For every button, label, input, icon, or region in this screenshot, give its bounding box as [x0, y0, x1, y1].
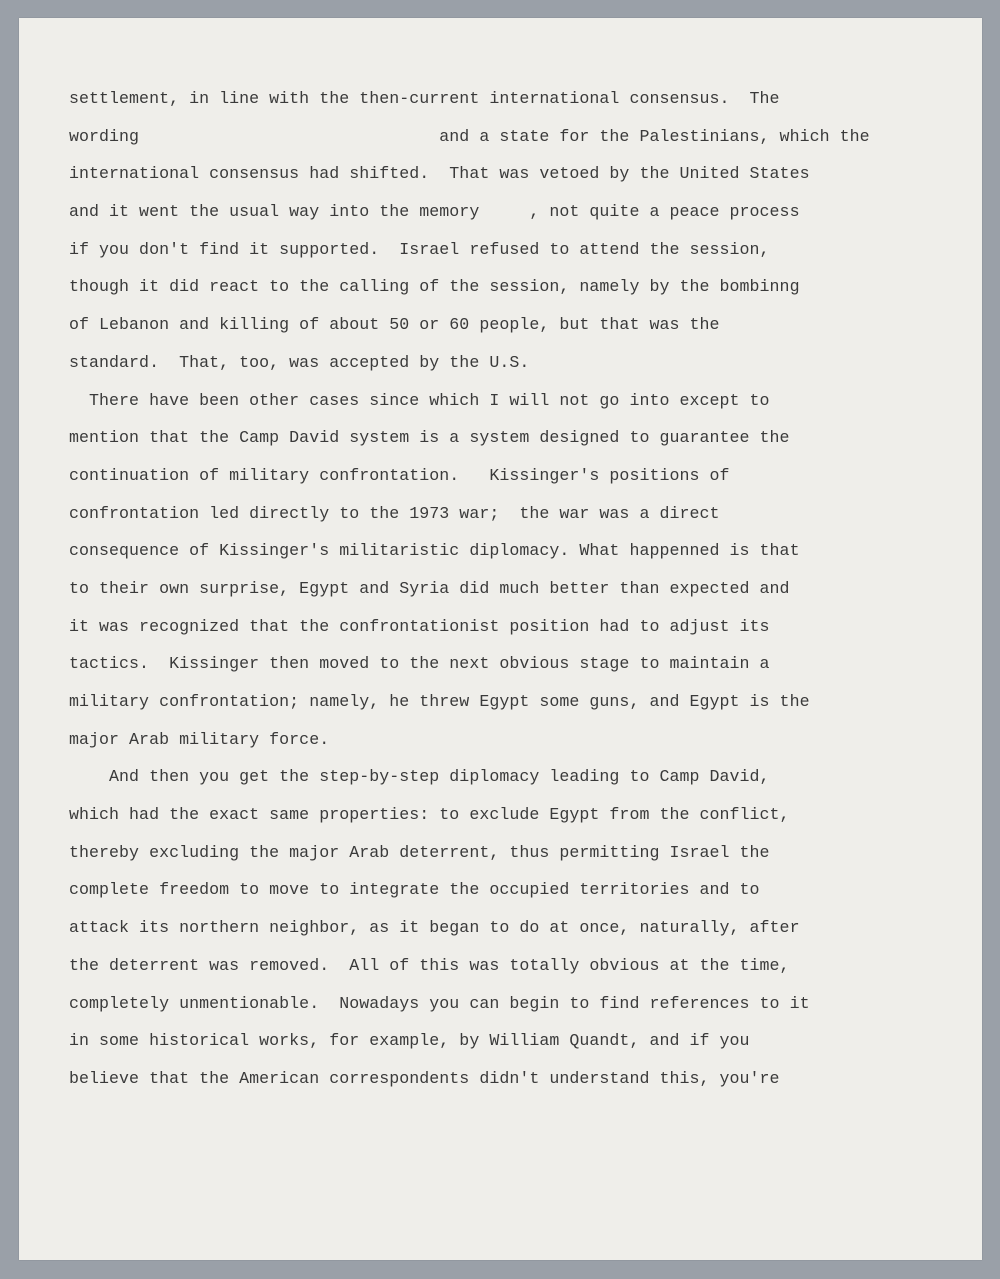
text-line: major Arab military force. [69, 729, 949, 767]
text-line: wording and a state for the Palestinians… [69, 126, 949, 164]
text-line: believe that the American correspondents… [69, 1068, 949, 1106]
document-page: settlement, in line with the then-curren… [19, 18, 982, 1260]
text-line: which had the exact same properties: to … [69, 804, 949, 842]
text-line: consequence of Kissinger's militaristic … [69, 540, 949, 578]
text-line: if you don't find it supported. Israel r… [69, 239, 949, 277]
text-line: mention that the Camp David system is a … [69, 427, 949, 465]
text-line: to their own surprise, Egypt and Syria d… [69, 578, 949, 616]
text-line: standard. That, too, was accepted by the… [69, 352, 949, 390]
text-line: tactics. Kissinger then moved to the nex… [69, 653, 949, 691]
text-line: attack its northern neighbor, as it bega… [69, 917, 949, 955]
document-body: settlement, in line with the then-curren… [69, 88, 949, 1106]
text-line: confrontation led directly to the 1973 w… [69, 503, 949, 541]
text-line: continuation of military confrontation. … [69, 465, 949, 503]
text-line: it was recognized that the confrontation… [69, 616, 949, 654]
text-line: And then you get the step-by-step diplom… [69, 766, 949, 804]
text-line: though it did react to the calling of th… [69, 276, 949, 314]
text-line: There have been other cases since which … [69, 390, 949, 428]
text-line: complete freedom to move to integrate th… [69, 879, 949, 917]
text-line: and it went the usual way into the memor… [69, 201, 949, 239]
text-line: completely unmentionable. Nowadays you c… [69, 993, 949, 1031]
text-line: in some historical works, for example, b… [69, 1030, 949, 1068]
text-line: settlement, in line with the then-curren… [69, 88, 949, 126]
text-line: thereby excluding the major Arab deterre… [69, 842, 949, 880]
text-line: international consensus had shifted. Tha… [69, 163, 949, 201]
text-line: of Lebanon and killing of about 50 or 60… [69, 314, 949, 352]
text-line: the deterrent was removed. All of this w… [69, 955, 949, 993]
text-line: military confrontation; namely, he threw… [69, 691, 949, 729]
